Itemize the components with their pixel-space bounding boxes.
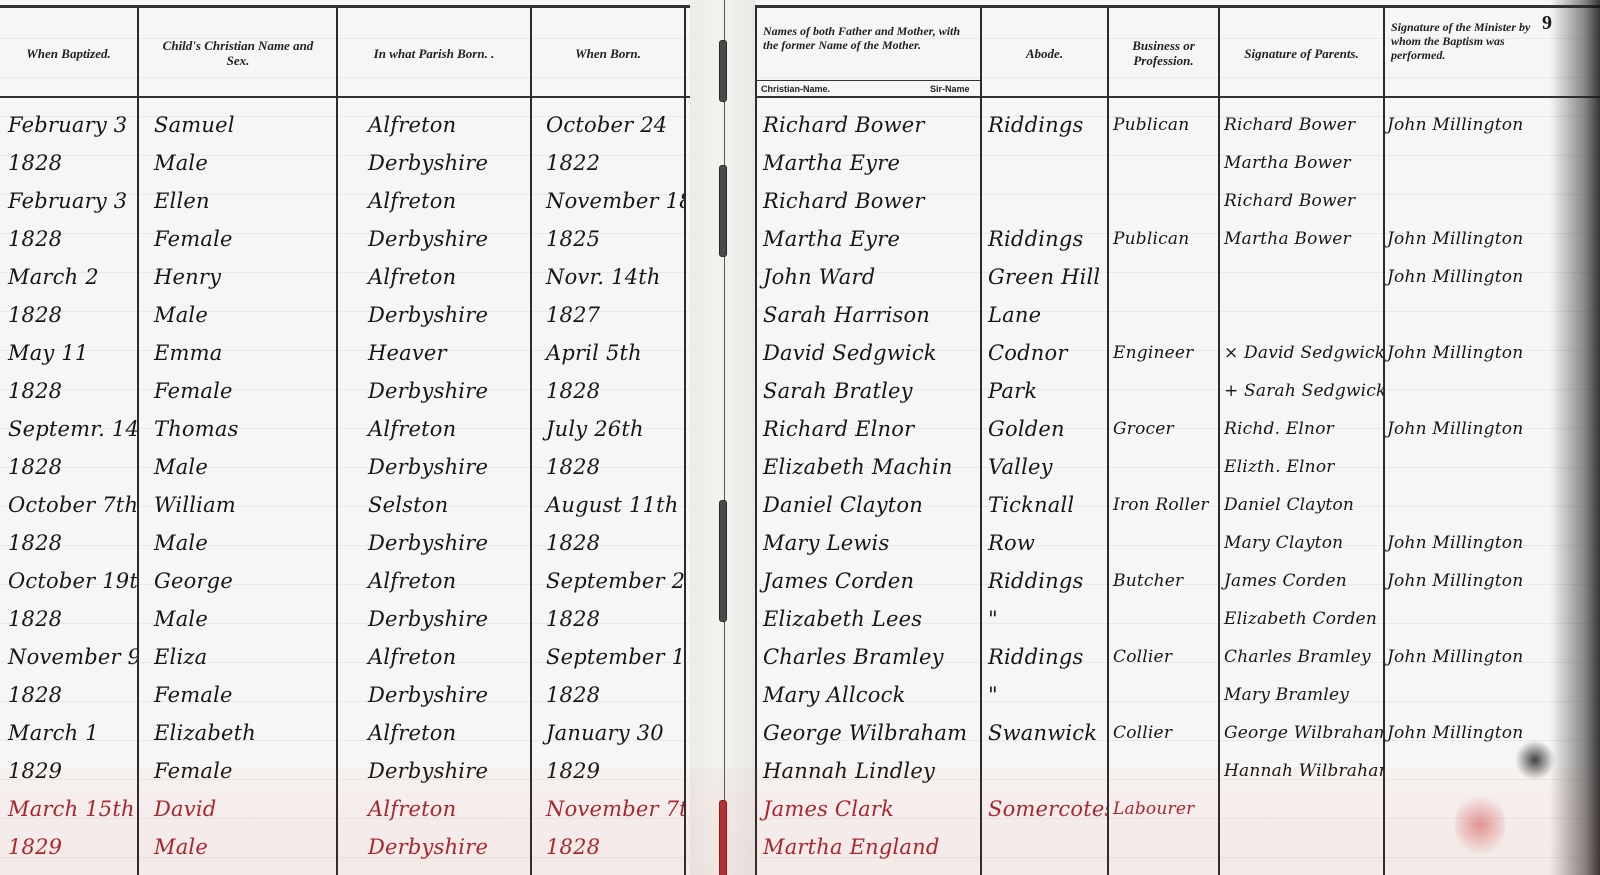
cell-profession: Butcher [1109,562,1218,600]
cell-child: Female [140,220,336,258]
cell-baptized: October 19th [0,562,137,600]
cell-child: Female [140,676,336,714]
cell-born: November 7th [532,790,684,828]
register-line: 1828FemaleDerbyshire1825 [0,220,690,258]
cell-child: Henry [140,258,336,296]
cell-abode [982,144,1107,182]
cell-parents: Charles Bramley [759,638,980,676]
cell-sig-parents: Richd. Elnor [1220,410,1383,448]
cell-sig-parents: Mary Clayton [1220,524,1383,562]
cell-born: 1828 [532,600,684,638]
cell-profession: Engineer [1109,334,1218,372]
cell-abode: " [982,676,1107,714]
cell-profession [1109,752,1218,790]
cell-baptized: February 3 [0,106,137,144]
cell-child: Elizabeth [140,714,336,752]
cell-abode: Riddings [982,106,1107,144]
cell-parish: Alfreton [338,182,530,220]
register-line: 1828MaleDerbyshire1827 [0,296,690,334]
cell-abode: " [982,600,1107,638]
cell-abode: Ticknall [982,486,1107,524]
cell-child: Female [140,752,336,790]
cell-parents: Mary Lewis [759,524,980,562]
cell-minister [1385,676,1555,714]
cell-minister: John Millington [1385,106,1555,144]
cell-profession [1109,372,1218,410]
register-line: Elizabeth Lees"Elizabeth Corden [755,600,1600,638]
cell-parish: Alfreton [338,714,530,752]
register-line: Richard ElnorGoldenGrocerRichd. ElnorJoh… [755,410,1600,448]
cell-sig-parents: Daniel Clayton [1220,486,1383,524]
cell-baptized: 1828 [0,144,137,182]
cell-parents: James Corden [759,562,980,600]
cell-sig-parents: Martha Bower [1220,220,1383,258]
left-register-page: When Baptized. Child's Christian Name an… [0,0,690,875]
cell-parish: Derbyshire [338,600,530,638]
header-bottom-rule [0,96,690,98]
cell-parents: Elizabeth Lees [759,600,980,638]
cell-sig-parents: Elizabeth Corden [1220,600,1383,638]
cell-child: William [140,486,336,524]
cell-child: Male [140,600,336,638]
cell-child: Thomas [140,410,336,448]
cell-sig-parents: Mary Bramley [1220,676,1383,714]
register-line: October 19thGeorgeAlfretonSeptember 29th [0,562,690,600]
cell-abode: Lane [982,296,1107,334]
header-top-rule [755,5,1600,8]
header-parish-born: In what Parish Born. . [338,10,530,96]
cell-parents: George Wilbraham [759,714,980,752]
cell-minister [1385,144,1555,182]
cell-parish: Derbyshire [338,296,530,334]
cell-child: Samuel [140,106,336,144]
cell-baptized: March 1 [0,714,137,752]
cell-baptized: 1829 [0,828,137,866]
cell-sig-parents: Charles Bramley [1220,638,1383,676]
cell-born: January 30 [532,714,684,752]
cell-profession: Collier [1109,638,1218,676]
header-top-rule [0,5,690,8]
header-child-name-sex: Child's Christian Name and Sex. [140,10,336,96]
cell-abode: Valley [982,448,1107,486]
cell-sig-parents [1220,790,1383,828]
header-bottom-rule [755,96,1600,98]
cell-baptized: 1828 [0,448,137,486]
cell-profession: Publican [1109,106,1218,144]
cell-child: Male [140,524,336,562]
register-line: Richard BowerRiddingsPublicanRichard Bow… [755,106,1600,144]
header-abode: Abode. [982,10,1107,96]
cell-abode: Park [982,372,1107,410]
cell-parish: Alfreton [338,562,530,600]
register-line: Charles BramleyRiddingsCollierCharles Br… [755,638,1600,676]
gutter-fold-line [724,0,725,875]
register-line: 1828MaleDerbyshire1828 [0,524,690,562]
register-line: Septemr. 14thThomasAlfretonJuly 26th [0,410,690,448]
register-line: 1828FemaleDerbyshire1828 [0,372,690,410]
cell-child: George [140,562,336,600]
cell-parents: James Clark [759,790,980,828]
cell-abode: Riddings [982,562,1107,600]
right-register-page: Names of both Father and Mother, with th… [755,0,1600,875]
cell-born: 1827 [532,296,684,334]
subheader-rule [757,80,980,81]
register-line: Sarah BratleyPark+ Sarah Sedgwick [755,372,1600,410]
cell-minister: John Millington [1385,334,1555,372]
cell-sig-parents: + Sarah Sedgwick [1220,372,1383,410]
cell-parish: Alfreton [338,410,530,448]
header-profession: Business or Profession. [1109,10,1218,96]
register-line: Martha EyreMartha Bower [755,144,1600,182]
cell-baptized: 1829 [0,752,137,790]
subheader-sir-name: Sir-Name [930,84,970,94]
cell-abode [982,828,1107,866]
ink-blot [1515,740,1555,780]
cell-parish: Derbyshire [338,828,530,866]
cell-born: 1828 [532,448,684,486]
cell-parents: Martha Eyre [759,144,980,182]
register-line: George WilbrahamSwanwickCollierGeorge Wi… [755,714,1600,752]
register-line: 1828MaleDerbyshire1828 [0,600,690,638]
cell-parish: Alfreton [338,258,530,296]
cell-profession [1109,258,1218,296]
cell-sig-parents: James Corden [1220,562,1383,600]
binding-stitch [719,165,727,257]
cell-minister [1385,296,1555,334]
register-line: May 11EmmaHeaverApril 5th [0,334,690,372]
cell-child: Male [140,144,336,182]
cell-parish: Derbyshire [338,220,530,258]
cell-parents: Sarah Bratley [759,372,980,410]
register-line: 1829FemaleDerbyshire1829 [0,752,690,790]
cell-born: August 11th [532,486,684,524]
cell-parents: Richard Elnor [759,410,980,448]
register-line: James CordenRiddingsButcherJames CordenJ… [755,562,1600,600]
cell-abode: Somercotes [982,790,1107,828]
cell-parish: Alfreton [338,790,530,828]
register-line: 1828MaleDerbyshire1828 [0,448,690,486]
cell-minister: John Millington [1385,220,1555,258]
register-line: October 7thWilliamSelstonAugust 11th [0,486,690,524]
cell-child: David [140,790,336,828]
cell-minister: John Millington [1385,524,1555,562]
register-line: Daniel ClaytonTicknallIron RollerDaniel … [755,486,1600,524]
cell-born: 1829 [532,752,684,790]
cell-profession: Labourer [1109,790,1218,828]
page-number: 9 [1542,12,1552,35]
cell-abode: Green Hill [982,258,1107,296]
register-line: March 1ElizabethAlfretonJanuary 30 [0,714,690,752]
cell-profession [1109,144,1218,182]
cell-parents: Martha Eyre [759,220,980,258]
cell-parents: Martha England [759,828,980,866]
register-line: March 2HenryAlfretonNovr. 14th [0,258,690,296]
cell-sig-parents [1220,828,1383,866]
cell-sig-parents [1220,258,1383,296]
cell-parents: Elizabeth Machin [759,448,980,486]
cell-born: 1828 [532,524,684,562]
cell-abode: Swanwick [982,714,1107,752]
binding-stitch [719,800,727,875]
cell-abode [982,752,1107,790]
cell-parents: Hannah Lindley [759,752,980,790]
cell-parish: Heaver [338,334,530,372]
cell-born: 1825 [532,220,684,258]
cell-minister: John Millington [1385,410,1555,448]
cell-minister [1385,182,1555,220]
cell-baptized: November 9th [0,638,137,676]
cell-profession [1109,600,1218,638]
binding-stitch [719,500,727,622]
cell-born: 1822 [532,144,684,182]
cell-parish: Derbyshire [338,372,530,410]
register-line: John WardGreen HillJohn Millington [755,258,1600,296]
register-line: Sarah HarrisonLane [755,296,1600,334]
cell-baptized: May 11 [0,334,137,372]
cell-parish: Derbyshire [338,676,530,714]
cell-born: 1828 [532,372,684,410]
cell-parish: Derbyshire [338,524,530,562]
register-line: David SedgwickCodnorEngineer× David Sedg… [755,334,1600,372]
cell-born: July 26th [532,410,684,448]
cell-parish: Alfreton [338,638,530,676]
cell-baptized: 1828 [0,296,137,334]
cell-baptized: February 3 [0,182,137,220]
header-signature-minister: Signature of the Minister by whom the Ba… [1385,10,1555,96]
register-line: November 9thElizaAlfretonSeptember 13 (s… [0,638,690,676]
cell-profession [1109,524,1218,562]
cell-profession [1109,828,1218,866]
cell-sig-parents: Richard Bower [1220,182,1383,220]
cell-minister: John Millington [1385,638,1555,676]
cell-baptized: March 2 [0,258,137,296]
cell-child: Male [140,296,336,334]
cell-abode: Riddings [982,220,1107,258]
cell-parents: Mary Allcock [759,676,980,714]
cell-profession [1109,676,1218,714]
register-line: 1828MaleDerbyshire1822 [0,144,690,182]
cell-minister [1385,448,1555,486]
cell-parents: John Ward [759,258,980,296]
register-line: Martha EyreRiddingsPublicanMartha BowerJ… [755,220,1600,258]
cell-parents: Richard Bower [759,106,980,144]
book-gutter [690,0,755,875]
cell-child: Female [140,372,336,410]
cell-born: November 18 [532,182,684,220]
cell-born: September 13 (struck) / October 13 [532,638,684,676]
cell-sig-parents: Martha Bower [1220,144,1383,182]
cell-parents: David Sedgwick [759,334,980,372]
cell-profession [1109,448,1218,486]
cell-sig-parents: George Wilbraham [1220,714,1383,752]
cell-child: Ellen [140,182,336,220]
register-line: Hannah LindleyHannah Wilbraham [755,752,1600,790]
cell-abode: Golden [982,410,1107,448]
cell-born: September 29th [532,562,684,600]
cell-baptized: March 15th [0,790,137,828]
cell-baptized: Septemr. 14th [0,410,137,448]
cell-abode [982,182,1107,220]
cell-parish: Derbyshire [338,144,530,182]
cell-abode: Codnor [982,334,1107,372]
cell-born: October 24 [532,106,684,144]
cell-profession: Collier [1109,714,1218,752]
cell-parents: Daniel Clayton [759,486,980,524]
cell-born: April 5th [532,334,684,372]
cell-profession: Iron Roller [1109,486,1218,524]
cell-baptized: 1828 [0,600,137,638]
binding-stitch [719,40,727,102]
cell-minister [1385,486,1555,524]
header-when-baptized: When Baptized. [0,10,137,96]
cell-abode: Row [982,524,1107,562]
cell-abode: Riddings [982,638,1107,676]
cell-parish: Alfreton [338,106,530,144]
cell-baptized: 1828 [0,676,137,714]
header-when-born: When Born. [532,10,684,96]
cell-child: Eliza [140,638,336,676]
cell-child: Emma [140,334,336,372]
cell-parents: Richard Bower [759,182,980,220]
cell-sig-parents [1220,296,1383,334]
cell-baptized: 1828 [0,372,137,410]
red-ink-stain [1455,790,1505,860]
cell-sig-parents: Elizth. Elnor [1220,448,1383,486]
register-line: 1828FemaleDerbyshire1828 [0,676,690,714]
cell-parish: Derbyshire [338,448,530,486]
cell-sig-parents: × David Sedgwick [1220,334,1383,372]
cell-born: 1828 [532,828,684,866]
cell-child: Male [140,448,336,486]
cell-minister: John Millington [1385,562,1555,600]
cell-baptized: 1828 [0,220,137,258]
register-line: Mary Allcock"Mary Bramley [755,676,1600,714]
cell-minister [1385,372,1555,410]
cell-child: Male [140,828,336,866]
cell-born: Novr. 14th [532,258,684,296]
header-signature-parents: Signature of Parents. [1220,10,1383,96]
cell-parents: Sarah Harrison [759,296,980,334]
cell-parish: Selston [338,486,530,524]
cell-minister [1385,600,1555,638]
register-line: February 3EllenAlfretonNovember 18 [0,182,690,220]
cell-profession: Publican [1109,220,1218,258]
cell-baptized: 1828 [0,524,137,562]
register-line: Richard BowerRichard Bower [755,182,1600,220]
cell-born: 1828 [532,676,684,714]
cell-parish: Derbyshire [338,752,530,790]
cell-profession: Grocer [1109,410,1218,448]
cell-profession [1109,296,1218,334]
register-line: Mary LewisRowMary ClaytonJohn Millington [755,524,1600,562]
cell-baptized: October 7th [0,486,137,524]
register-line: February 3SamuelAlfretonOctober 24 [0,106,690,144]
cell-profession [1109,182,1218,220]
cell-minister: John Millington [1385,258,1555,296]
register-line: Elizabeth MachinValleyElizth. Elnor [755,448,1600,486]
subheader-christian-name: Christian-Name. [761,84,830,94]
cell-sig-parents: Richard Bower [1220,106,1383,144]
register-line: 1829MaleDerbyshire1828 [0,828,690,866]
register-line: March 15thDavidAlfretonNovember 7th [0,790,690,828]
cell-sig-parents: Hannah Wilbraham [1220,752,1383,790]
